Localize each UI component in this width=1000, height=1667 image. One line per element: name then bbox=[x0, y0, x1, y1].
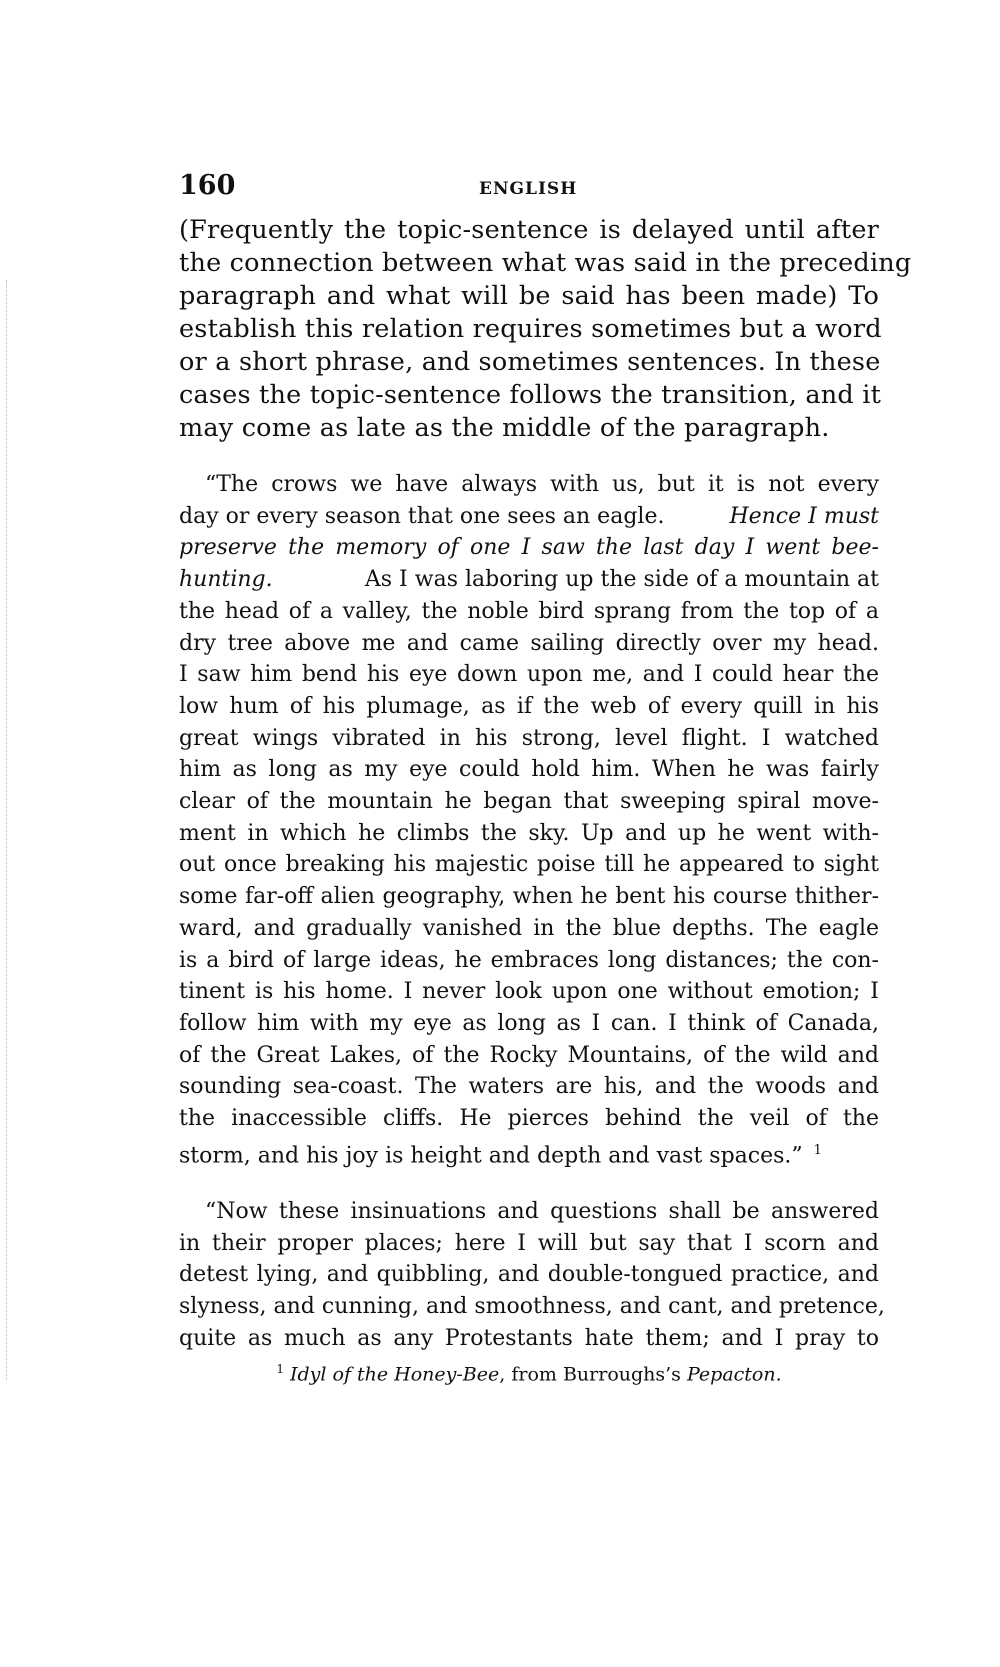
footnote: 1Idyl of the Honey-Bee, from Burroughs’s… bbox=[179, 1362, 879, 1385]
text-line: the connection between what was said in … bbox=[179, 247, 879, 280]
text-segment: As I was laboring up the side of a mount… bbox=[365, 564, 879, 596]
text-line: clear of the mountain he began that swee… bbox=[179, 786, 879, 818]
footnote-title: Idyl of the Honey-Bee bbox=[290, 1364, 499, 1386]
paragraph-topic-sentence: (Frequently the topic-sentence is delaye… bbox=[179, 214, 879, 445]
text-line: the head of a valley, the noble bird spr… bbox=[179, 596, 879, 628]
text-line: some far-off alien geography, when he be… bbox=[179, 881, 879, 913]
quote-eagle: “The crows we have always with us, but i… bbox=[179, 469, 879, 1172]
text-line: quite as much as any Protestants hate th… bbox=[179, 1323, 879, 1355]
text-segment: storm, and his joy is height and depth a… bbox=[179, 1143, 803, 1168]
text-line: of the Great Lakes, of the Rocky Mountai… bbox=[179, 1040, 879, 1072]
text-line: hunting. As I was laboring up the side o… bbox=[179, 564, 879, 596]
text-line: ward, and gradually vanished in the blue… bbox=[179, 913, 879, 945]
quote-protestants: “Now these insinuations and questions sh… bbox=[179, 1196, 879, 1355]
text-line: I saw him bend his eye down upon me, and… bbox=[179, 659, 879, 691]
text-line: dry tree above me and came sailing direc… bbox=[179, 628, 879, 660]
text-line: low hum of his plumage, as if the web of… bbox=[179, 691, 879, 723]
text-line: or a short phrase, and sometimes sentenc… bbox=[179, 346, 879, 379]
text-line: in their proper places; here I will but … bbox=[179, 1228, 879, 1260]
text-line: storm, and his joy is height and depth a… bbox=[179, 1135, 879, 1172]
text-line: sounding sea-coast. The waters are his, … bbox=[179, 1071, 879, 1103]
text-segment: day or every season that one sees an eag… bbox=[179, 501, 664, 533]
footnote-marker: 1 bbox=[276, 1362, 284, 1376]
footnote-ref[interactable]: 1 bbox=[814, 1143, 822, 1158]
text-line: establish this relation requires sometim… bbox=[179, 313, 879, 346]
text-line: “Now these insinuations and questions sh… bbox=[179, 1196, 879, 1228]
italic-segment: Hence I must bbox=[729, 501, 879, 533]
text-line: the inaccessible cliffs. He pierces behi… bbox=[179, 1103, 879, 1135]
text-line: day or every season that one sees an eag… bbox=[179, 501, 879, 533]
text-line: ment in which he climbs the sky. Up and … bbox=[179, 818, 879, 850]
text-line: great wings vibrated in his strong, leve… bbox=[179, 723, 879, 755]
italic-segment: hunting. bbox=[179, 564, 273, 596]
page-header: 160 ENGLISH bbox=[179, 170, 879, 210]
text-line: slyness, and cunning, and smoothness, an… bbox=[179, 1291, 879, 1323]
text-line: cases the topic-sentence follows the tra… bbox=[179, 379, 879, 412]
text-line: him as long as my eye could hold him. Wh… bbox=[179, 754, 879, 786]
running-title: ENGLISH bbox=[479, 179, 577, 199]
text-line: (Frequently the topic-sentence is delaye… bbox=[179, 214, 879, 247]
text-line: is a bird of large ideas, he embraces lo… bbox=[179, 945, 879, 977]
text-line: preserve the memory of one I saw the las… bbox=[179, 532, 879, 564]
footnote-source: Pepacton. bbox=[687, 1364, 782, 1386]
italic-line: preserve the memory of one I saw the las… bbox=[179, 535, 879, 560]
text-line: follow him with my eye as long as I can.… bbox=[179, 1008, 879, 1040]
text-line: may come as late as the middle of the pa… bbox=[179, 412, 879, 445]
text-line: detest lying, and quibbling, and double-… bbox=[179, 1259, 879, 1291]
page-edge-dots bbox=[6, 280, 8, 1380]
text-line: paragraph and what will be said has been… bbox=[179, 280, 879, 313]
text-line: “The crows we have always with us, but i… bbox=[179, 469, 879, 501]
text-line: out once breaking his majestic poise til… bbox=[179, 849, 879, 881]
footnote-middle: , from Burroughs’s bbox=[499, 1364, 687, 1386]
page-number: 160 bbox=[179, 170, 479, 201]
text-line: tinent is his home. I never look upon on… bbox=[179, 976, 879, 1008]
book-page: 160 ENGLISH (Frequently the topic-senten… bbox=[179, 170, 879, 1386]
